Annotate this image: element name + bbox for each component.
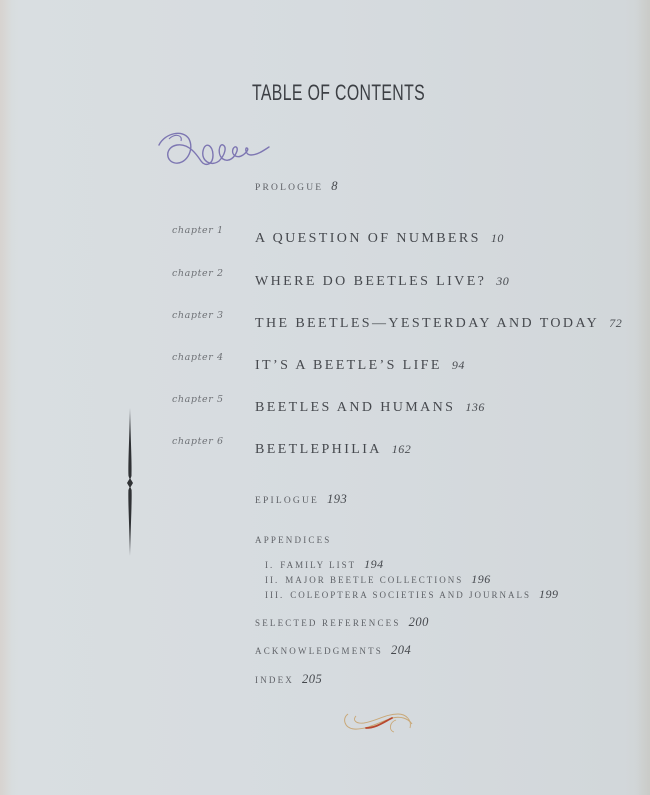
back-matter-label: SELECTED REFERENCES <box>255 618 401 628</box>
chapter-label: chapter 5 <box>172 394 224 405</box>
chapter-page: 30 <box>496 274 509 288</box>
chapter-title: BEETLEPHILIA162 <box>255 442 411 458</box>
appendix-numeral: II. <box>265 575 279 585</box>
wave-flourish-icon <box>340 708 420 738</box>
chapter-label: chapter 4 <box>172 352 224 363</box>
appendix-entry[interactable]: I.FAMILY LIST194 <box>265 557 384 572</box>
chapter-label: chapter 6 <box>172 436 224 447</box>
prologue-entry[interactable]: PROLOGUE8 <box>255 179 338 194</box>
chapter-label: chapter 3 <box>172 310 224 321</box>
appendix-page: 194 <box>364 557 384 571</box>
appendix-title: COLEOPTERA SOCIETIES AND JOURNALS <box>290 590 531 600</box>
chapter-title-text: WHERE DO BEETLES LIVE? <box>255 274 486 289</box>
chapter-title-text: IT’S A BEETLE’S LIFE <box>255 358 442 373</box>
chapter-page: 72 <box>609 316 622 330</box>
chapter-title: WHERE DO BEETLES LIVE?30 <box>255 274 509 290</box>
chapter-label: chapter 1 <box>172 225 224 236</box>
prologue-page: 8 <box>331 179 338 193</box>
back-matter-label: INDEX <box>255 675 294 685</box>
appendices-heading: APPENDICES <box>255 535 332 545</box>
chapter-title: THE BEETLES—YESTERDAY AND TODAY72 <box>255 316 622 332</box>
back-matter-page: 204 <box>391 643 411 657</box>
appendix-entry[interactable]: III.COLEOPTERA SOCIETIES AND JOURNALS199 <box>265 587 559 602</box>
back-matter-entry[interactable]: INDEX205 <box>255 672 322 687</box>
chapter-page: 136 <box>465 400 485 414</box>
chapter-label: chapter 2 <box>172 268 224 279</box>
appendix-entry[interactable]: II.MAJOR BEETLE COLLECTIONS196 <box>265 572 491 587</box>
chapter-entry[interactable]: chapter 2 WHERE DO BEETLES LIVE?30 <box>0 274 650 296</box>
book-page: TABLE OF CONTENTS PROLOGUE8 chapter 1 A … <box>0 0 650 795</box>
spire-ornament-icon <box>122 408 138 556</box>
chapter-title: BEETLES AND HUMANS136 <box>255 400 485 416</box>
chapter-title-text: THE BEETLES—YESTERDAY AND TODAY <box>255 316 599 331</box>
chapter-entry[interactable]: chapter 4 IT’S A BEETLE’S LIFE94 <box>0 358 650 380</box>
chapter-page: 94 <box>452 358 465 372</box>
epilogue-entry[interactable]: EPILOGUE193 <box>255 492 347 507</box>
chapter-title: IT’S A BEETLE’S LIFE94 <box>255 358 465 374</box>
back-matter-page: 205 <box>302 672 322 686</box>
page-title: TABLE OF CONTENTS <box>252 80 425 106</box>
appendix-numeral: III. <box>265 590 284 600</box>
appendix-title: MAJOR BEETLE COLLECTIONS <box>285 575 463 585</box>
chapter-entry[interactable]: chapter 5 BEETLES AND HUMANS136 <box>0 400 650 422</box>
chapter-title: A QUESTION OF NUMBERS10 <box>255 231 504 247</box>
chapter-page: 162 <box>392 442 412 456</box>
swirl-flourish-icon <box>155 125 275 173</box>
chapter-entry[interactable]: chapter 6 BEETLEPHILIA162 <box>0 442 650 464</box>
back-matter-label: ACKNOWLEDGMENTS <box>255 646 383 656</box>
appendix-page: 196 <box>471 572 491 586</box>
back-matter-page: 200 <box>409 615 429 629</box>
chapter-title-text: BEETLES AND HUMANS <box>255 400 455 415</box>
prologue-label: PROLOGUE <box>255 183 323 193</box>
appendix-numeral: I. <box>265 560 274 570</box>
chapter-title-text: A QUESTION OF NUMBERS <box>255 231 481 246</box>
chapter-entry[interactable]: chapter 1 A QUESTION OF NUMBERS10 <box>0 231 650 253</box>
chapter-title-text: BEETLEPHILIA <box>255 442 382 457</box>
back-matter-entry[interactable]: ACKNOWLEDGMENTS204 <box>255 643 411 658</box>
epilogue-page: 193 <box>327 492 347 506</box>
appendix-title: FAMILY LIST <box>280 560 356 570</box>
chapter-page: 10 <box>491 231 504 245</box>
epilogue-label: EPILOGUE <box>255 496 319 506</box>
appendix-page: 199 <box>539 587 559 601</box>
back-matter-entry[interactable]: SELECTED REFERENCES200 <box>255 615 429 630</box>
chapter-entry[interactable]: chapter 3 THE BEETLES—YESTERDAY AND TODA… <box>0 316 650 338</box>
